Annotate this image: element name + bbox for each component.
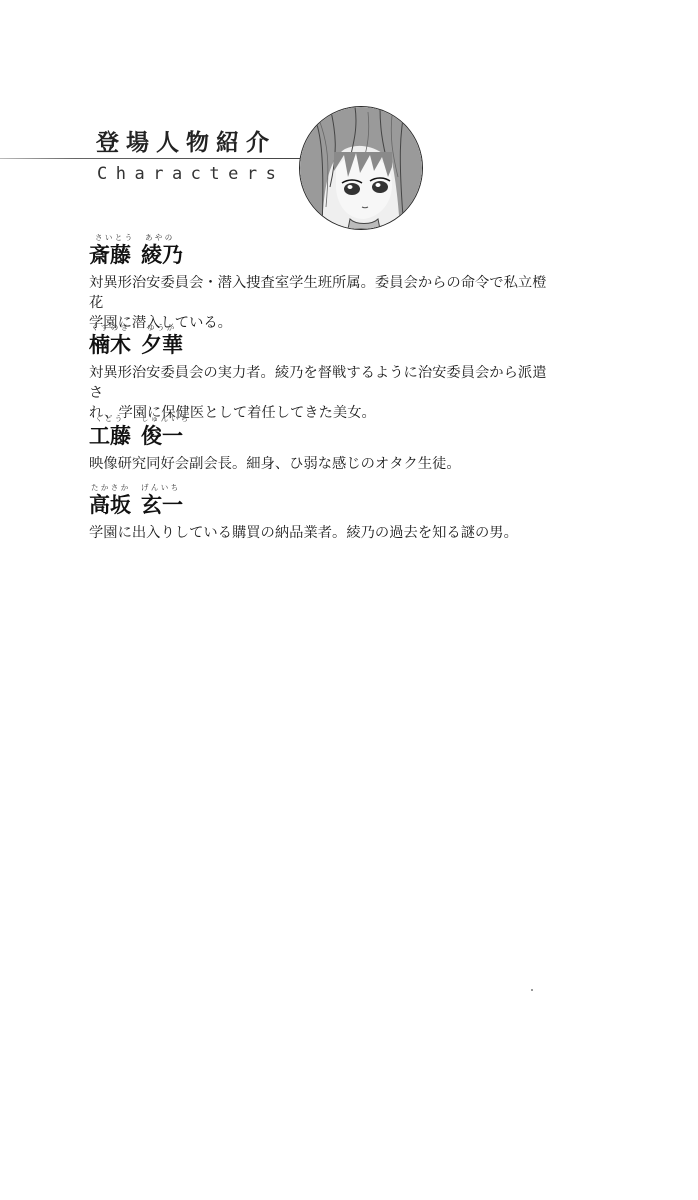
page-subtitle: Characters [97, 162, 284, 186]
given-name-kanji: 夕華 [141, 333, 183, 357]
surname-ruby: さいとう [95, 233, 135, 242]
scan-artifact [531, 989, 533, 991]
given-name-ruby: しゅんいち [141, 414, 191, 423]
given-name-kanji: 綾乃 [141, 243, 183, 267]
surname-ruby: くすのき [91, 323, 131, 332]
character-name: たかさか 高坂 げんいち 玄一 [89, 483, 559, 521]
surname-kanji: 斎藤 [89, 243, 131, 267]
description-line: 学園に出入りしている購買の納品業者。綾乃の過去を知る謎の男。 [89, 523, 559, 543]
character-entry: さいとう 斎藤 あやの 綾乃 対異形治安委員会・潜入捜査室学生班所属。委員会から… [89, 233, 559, 333]
description-line: 映像研究同好会副会長。細身、ひ弱な感じのオタク生徒。 [89, 454, 559, 474]
character-description: 学園に出入りしている購買の納品業者。綾乃の過去を知る謎の男。 [89, 523, 559, 543]
character-entry: たかさか 高坂 げんいち 玄一 学園に出入りしている購買の納品業者。綾乃の過去を… [89, 483, 559, 543]
character-name: くどう 工藤 しゅんいち 俊一 [89, 414, 559, 452]
given-name-ruby: あやの [145, 233, 175, 242]
given-name-ruby: ゆうか [147, 323, 177, 332]
header-divider [0, 158, 302, 159]
surname-ruby: たかさか [91, 483, 131, 492]
description-line: 対異形治安委員会の実力者。綾乃を督戦するように治安委員会から派遣さ [89, 363, 559, 403]
page-title: 登場人物紹介 [96, 128, 276, 158]
character-entry: くどう 工藤 しゅんいち 俊一 映像研究同好会副会長。細身、ひ弱な感じのオタク生… [89, 414, 559, 474]
surname-ruby: くどう [95, 414, 125, 423]
surname-kanji: 工藤 [89, 424, 131, 448]
given-name-kanji: 玄一 [141, 493, 183, 517]
character-portrait-icon [299, 106, 423, 230]
surname-kanji: 高坂 [89, 493, 131, 517]
surname-kanji: 楠木 [89, 333, 131, 357]
character-description: 映像研究同好会副会長。細身、ひ弱な感じのオタク生徒。 [89, 454, 559, 474]
given-name-kanji: 俊一 [141, 424, 183, 448]
character-name: さいとう 斎藤 あやの 綾乃 [89, 233, 559, 271]
description-line: 対異形治安委員会・潜入捜査室学生班所属。委員会からの命令で私立橙花 [89, 273, 559, 313]
given-name-ruby: げんいち [141, 483, 181, 492]
character-entry: くすのき 楠木 ゆうか 夕華 対異形治安委員会の実力者。綾乃を督戦するように治安… [89, 323, 559, 423]
character-intro-page: 登場人物紹介 Characters [0, 0, 698, 1200]
character-name: くすのき 楠木 ゆうか 夕華 [89, 323, 559, 361]
